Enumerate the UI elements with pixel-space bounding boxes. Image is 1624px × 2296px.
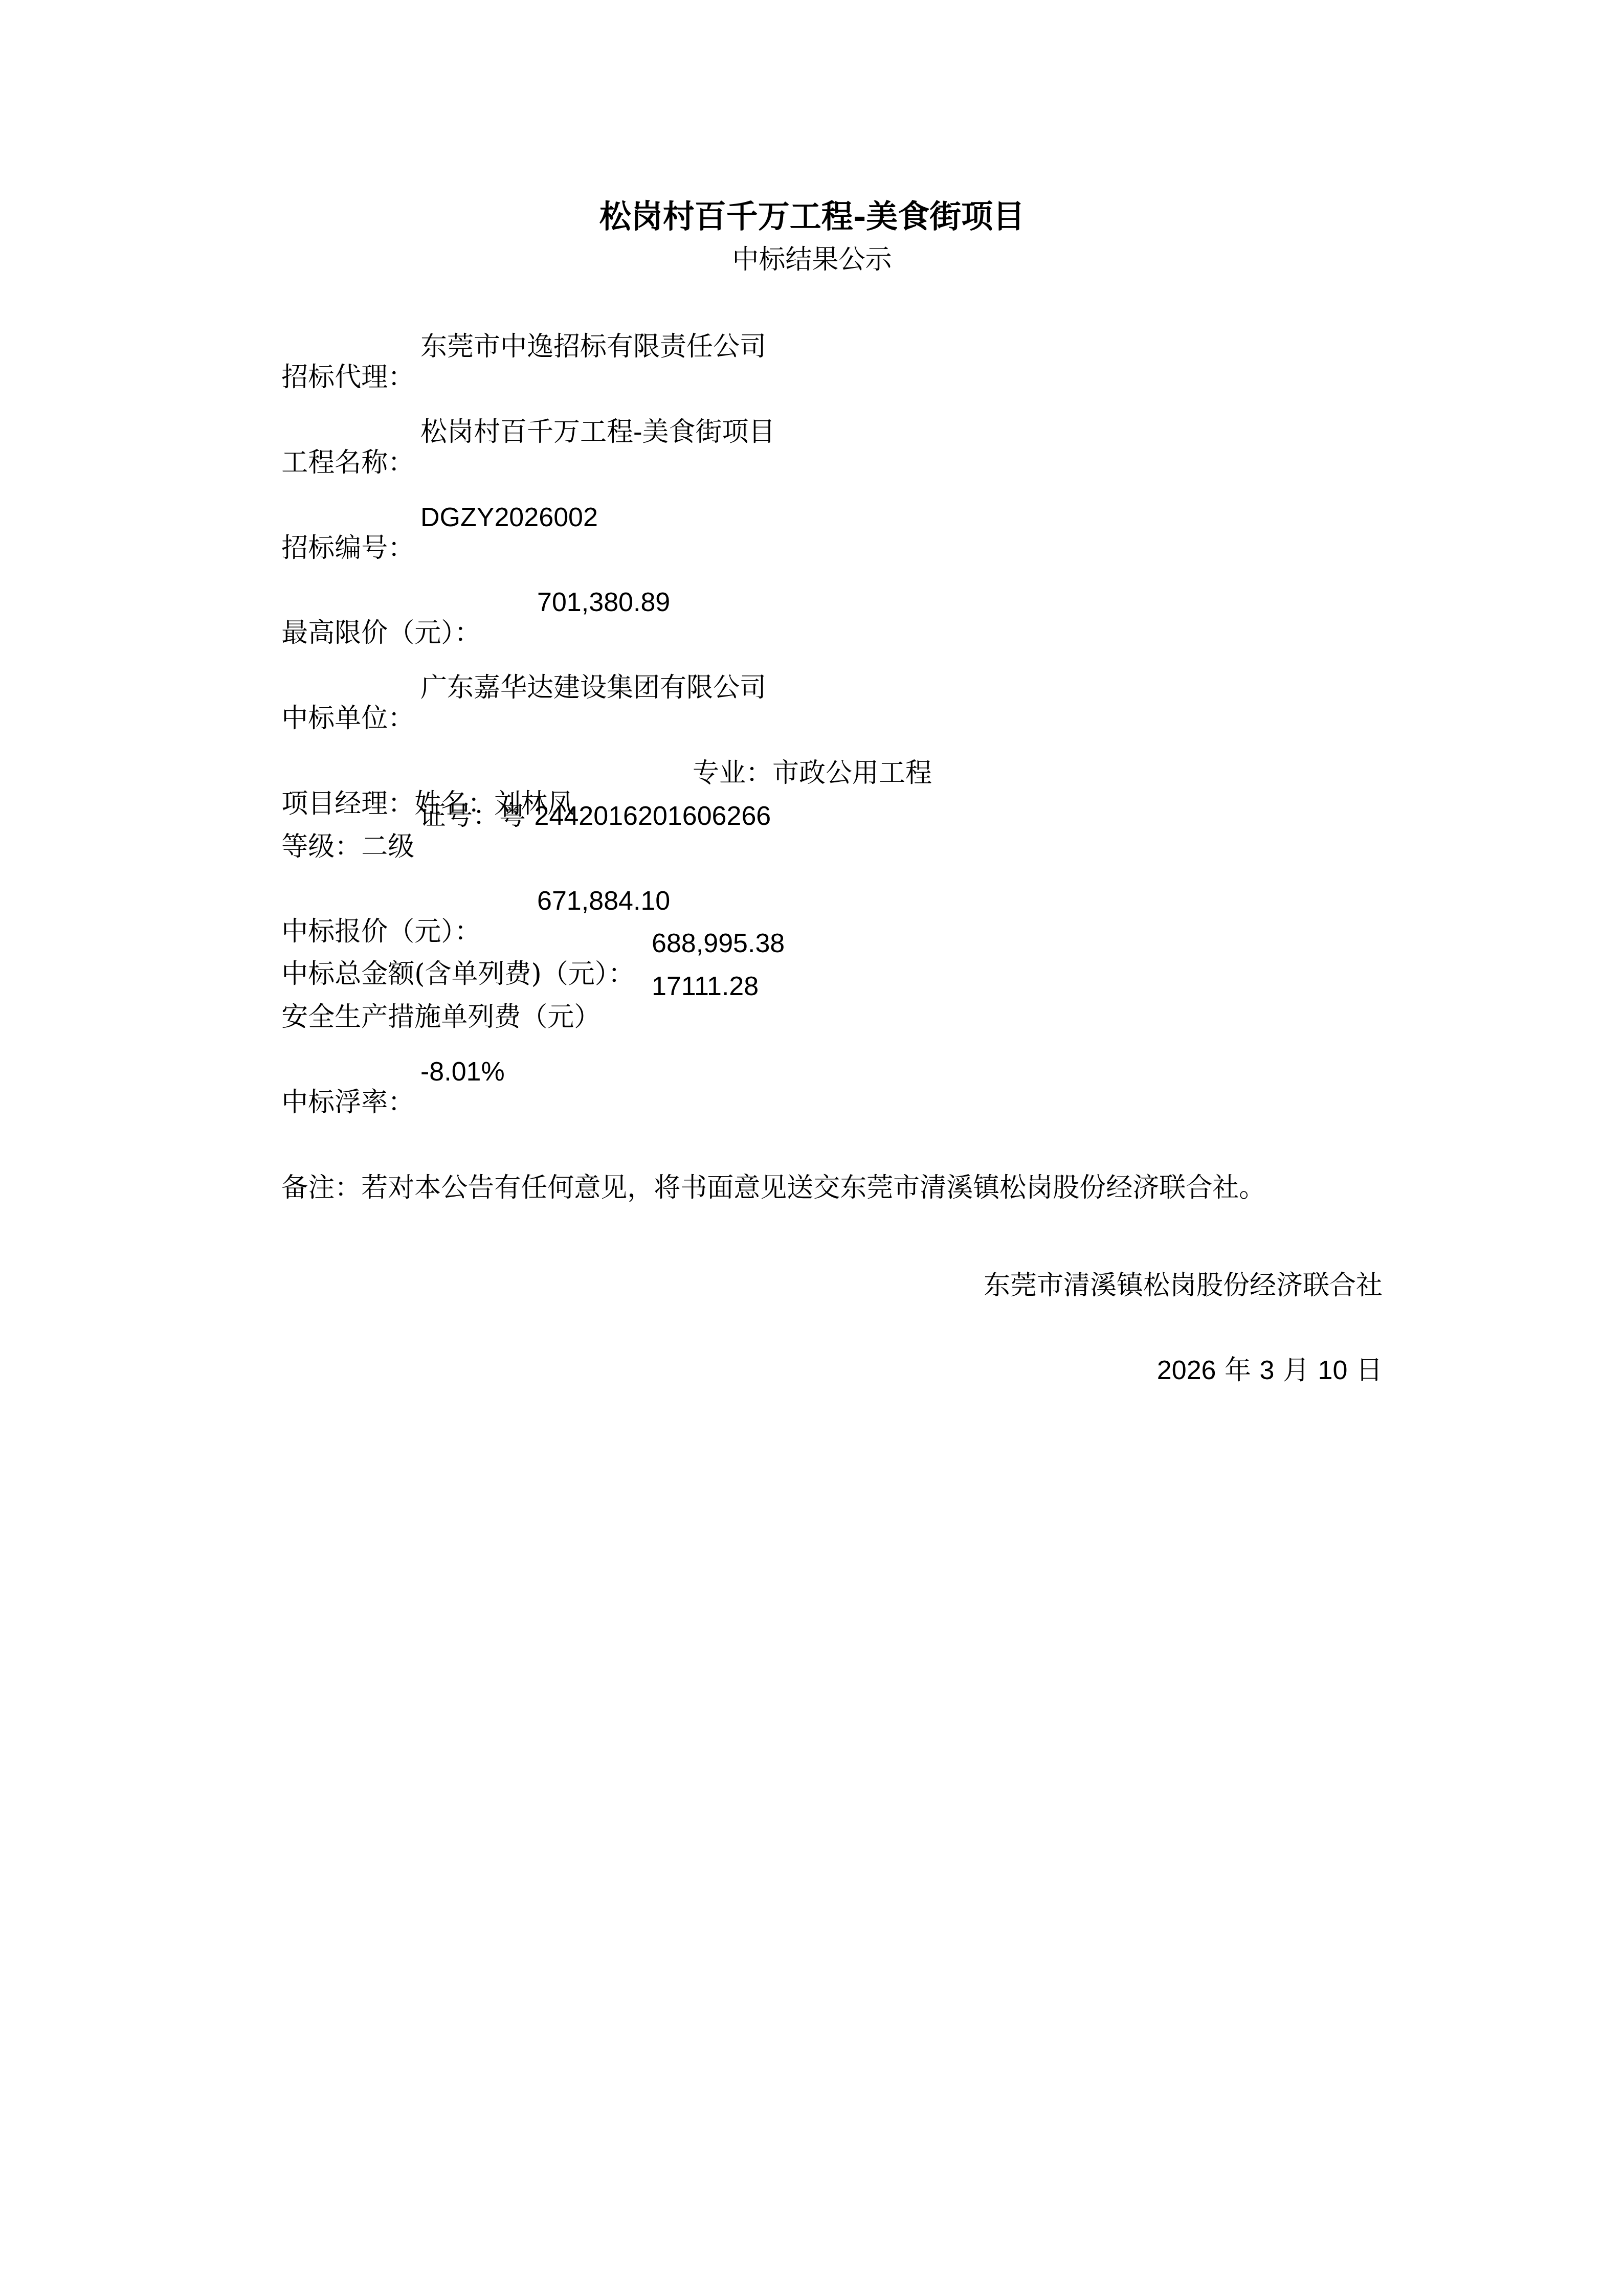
bid-price-value: 671,884.10	[537, 886, 670, 916]
signature-date: 2026 年 3 月 10 日	[1157, 1355, 1383, 1386]
date-day-unit: 日	[1356, 1355, 1383, 1386]
date-year: 2026	[1157, 1356, 1216, 1385]
max-price-label: 最高限价（元）：	[281, 618, 481, 648]
specialty-label: 专业：	[693, 758, 772, 789]
safety-fee-label: 安全生产措施单列费（元）	[281, 1002, 600, 1032]
safety-fee-value: 17111.28	[652, 971, 759, 1002]
agency-label: 招标代理：	[281, 362, 414, 393]
cert-label: 证号：	[419, 801, 499, 831]
signature-organization: 东莞市清溪镇松岗股份经济联合社	[984, 1270, 1383, 1301]
document-title: 松岗村百千万工程-美食街项目	[0, 198, 1624, 235]
project-name-value: 松岗村百千万工程-美食街项目	[420, 417, 775, 447]
max-price-value: 701,380.89	[537, 587, 670, 618]
document-subtitle: 中标结果公示	[0, 244, 1624, 275]
float-rate-label: 中标浮率：	[281, 1087, 414, 1118]
cert-prefix: 粤	[499, 801, 526, 831]
winner-label: 中标单位：	[281, 703, 414, 734]
specialty-value: 市政公用工程	[772, 758, 932, 789]
tender-no-value: DGZY2026002	[420, 502, 598, 533]
remark-text: 若对本公告有任何意见，将书面意见送交东莞市清溪镇松岗股份经济联合社。	[361, 1173, 1265, 1203]
date-month-unit: 月	[1283, 1355, 1309, 1386]
grade-label: 等级：	[281, 831, 361, 862]
float-rate-value: -8.01%	[420, 1056, 505, 1087]
date-day: 10	[1318, 1356, 1348, 1385]
agency-value: 东莞市中逸招标有限责任公司	[420, 331, 766, 362]
document-page: 松岗村百千万工程-美食街项目 中标结果公示 招标代理： 东莞市中逸招标有限责任公…	[0, 0, 1624, 2296]
date-month: 3	[1260, 1356, 1275, 1385]
total-amount-value: 688,995.38	[652, 928, 785, 959]
project-name-label: 工程名称：	[281, 447, 414, 478]
remark-row: 备注：若对本公告有任何意见，将书面意见送交东莞市清溪镇松岗股份经济联合社。	[248, 1142, 1424, 1234]
cert-no: 2442016201606266	[535, 801, 771, 831]
manager-specialty: 专业：市政公用工程	[693, 758, 932, 789]
remark-label: 备注：	[281, 1173, 361, 1203]
grade-value: 二级	[361, 831, 414, 862]
date-year-unit: 年	[1225, 1355, 1251, 1386]
tender-no-label: 招标编号：	[281, 533, 414, 564]
cert: 证号：粤 2442016201606266	[419, 801, 771, 831]
winner-value: 广东嘉华达建设集团有限公司	[420, 672, 766, 703]
